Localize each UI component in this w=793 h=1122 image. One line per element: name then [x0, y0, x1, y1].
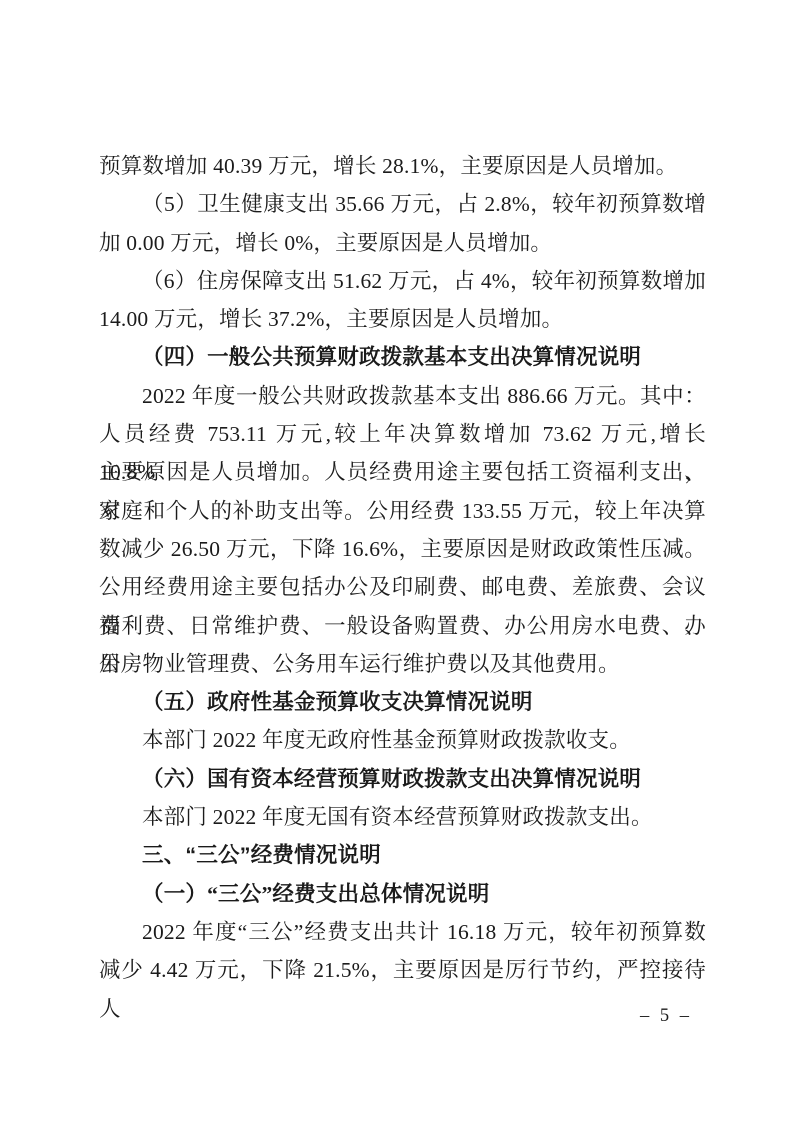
body-line: 预算数增加 40.39 万元，增长 28.1%，主要原因是人员增加。	[99, 147, 706, 185]
heading-item-6: （六）国有资本经营预算财政拨款支出决算情况说明	[99, 760, 706, 798]
body-line: 加 0.00 万元，增长 0%，主要原因是人员增加。	[99, 224, 706, 262]
body-line: 2022 年度“三公”经费支出共计 16.18 万元，较年初预算数	[99, 913, 706, 951]
body-line: 人员经费 753.11 万元,较上年决算数增加 73.62 万元,增长 10.8…	[99, 415, 706, 453]
heading-item-4: （四）一般公共预算财政拨款基本支出决算情况说明	[99, 338, 706, 376]
heading-sub-1: （一）“三公”经费支出总体情况说明	[99, 875, 706, 913]
body-line: 减少 4.42 万元，下降 21.5%，主要原因是厉行节约，严控接待人	[99, 951, 706, 989]
body-line: 用房物业管理费、公务用车运行维护费以及其他费用。	[99, 645, 706, 683]
body-line: （6）住房保障支出 51.62 万元，占 4%，较年初预算数增加	[99, 262, 706, 300]
heading-item-5: （五）政府性基金预算收支决算情况说明	[99, 683, 706, 721]
document-body: 预算数增加 40.39 万元，增长 28.1%，主要原因是人员增加。（5）卫生健…	[99, 147, 706, 990]
body-line: （5）卫生健康支出 35.66 万元，占 2.8%，较年初预算数增	[99, 185, 706, 223]
body-line: 2022 年度一般公共财政拨款基本支出 886.66 万元。其中：	[99, 377, 706, 415]
body-line: 本部门 2022 年度无国有资本经营预算财政拨款支出。	[99, 798, 706, 836]
document-page: 预算数增加 40.39 万元，增长 28.1%，主要原因是人员增加。（5）卫生健…	[0, 0, 793, 1122]
body-line: 本部门 2022 年度无政府性基金预算财政拨款收支。	[99, 721, 706, 759]
body-line: 主要原因是人员增加。人员经费用途主要包括工资福利支出、对	[99, 453, 706, 491]
body-line: 公用经费用途主要包括办公及印刷费、邮电费、差旅费、会议费、	[99, 568, 706, 606]
page-number: – 5 –	[640, 1001, 692, 1031]
body-line: 14.00 万元，增长 37.2%，主要原因是人员增加。	[99, 300, 706, 338]
body-line: 家庭和个人的补助支出等。公用经费 133.55 万元，较上年决算	[99, 492, 706, 530]
body-line: 福利费、日常维护费、一般设备购置费、办公用房水电费、办公	[99, 607, 706, 645]
heading-section-3: 三、“三公”经费情况说明	[99, 836, 706, 874]
body-line: 数减少 26.50 万元，下降 16.6%，主要原因是财政政策性压减。	[99, 530, 706, 568]
